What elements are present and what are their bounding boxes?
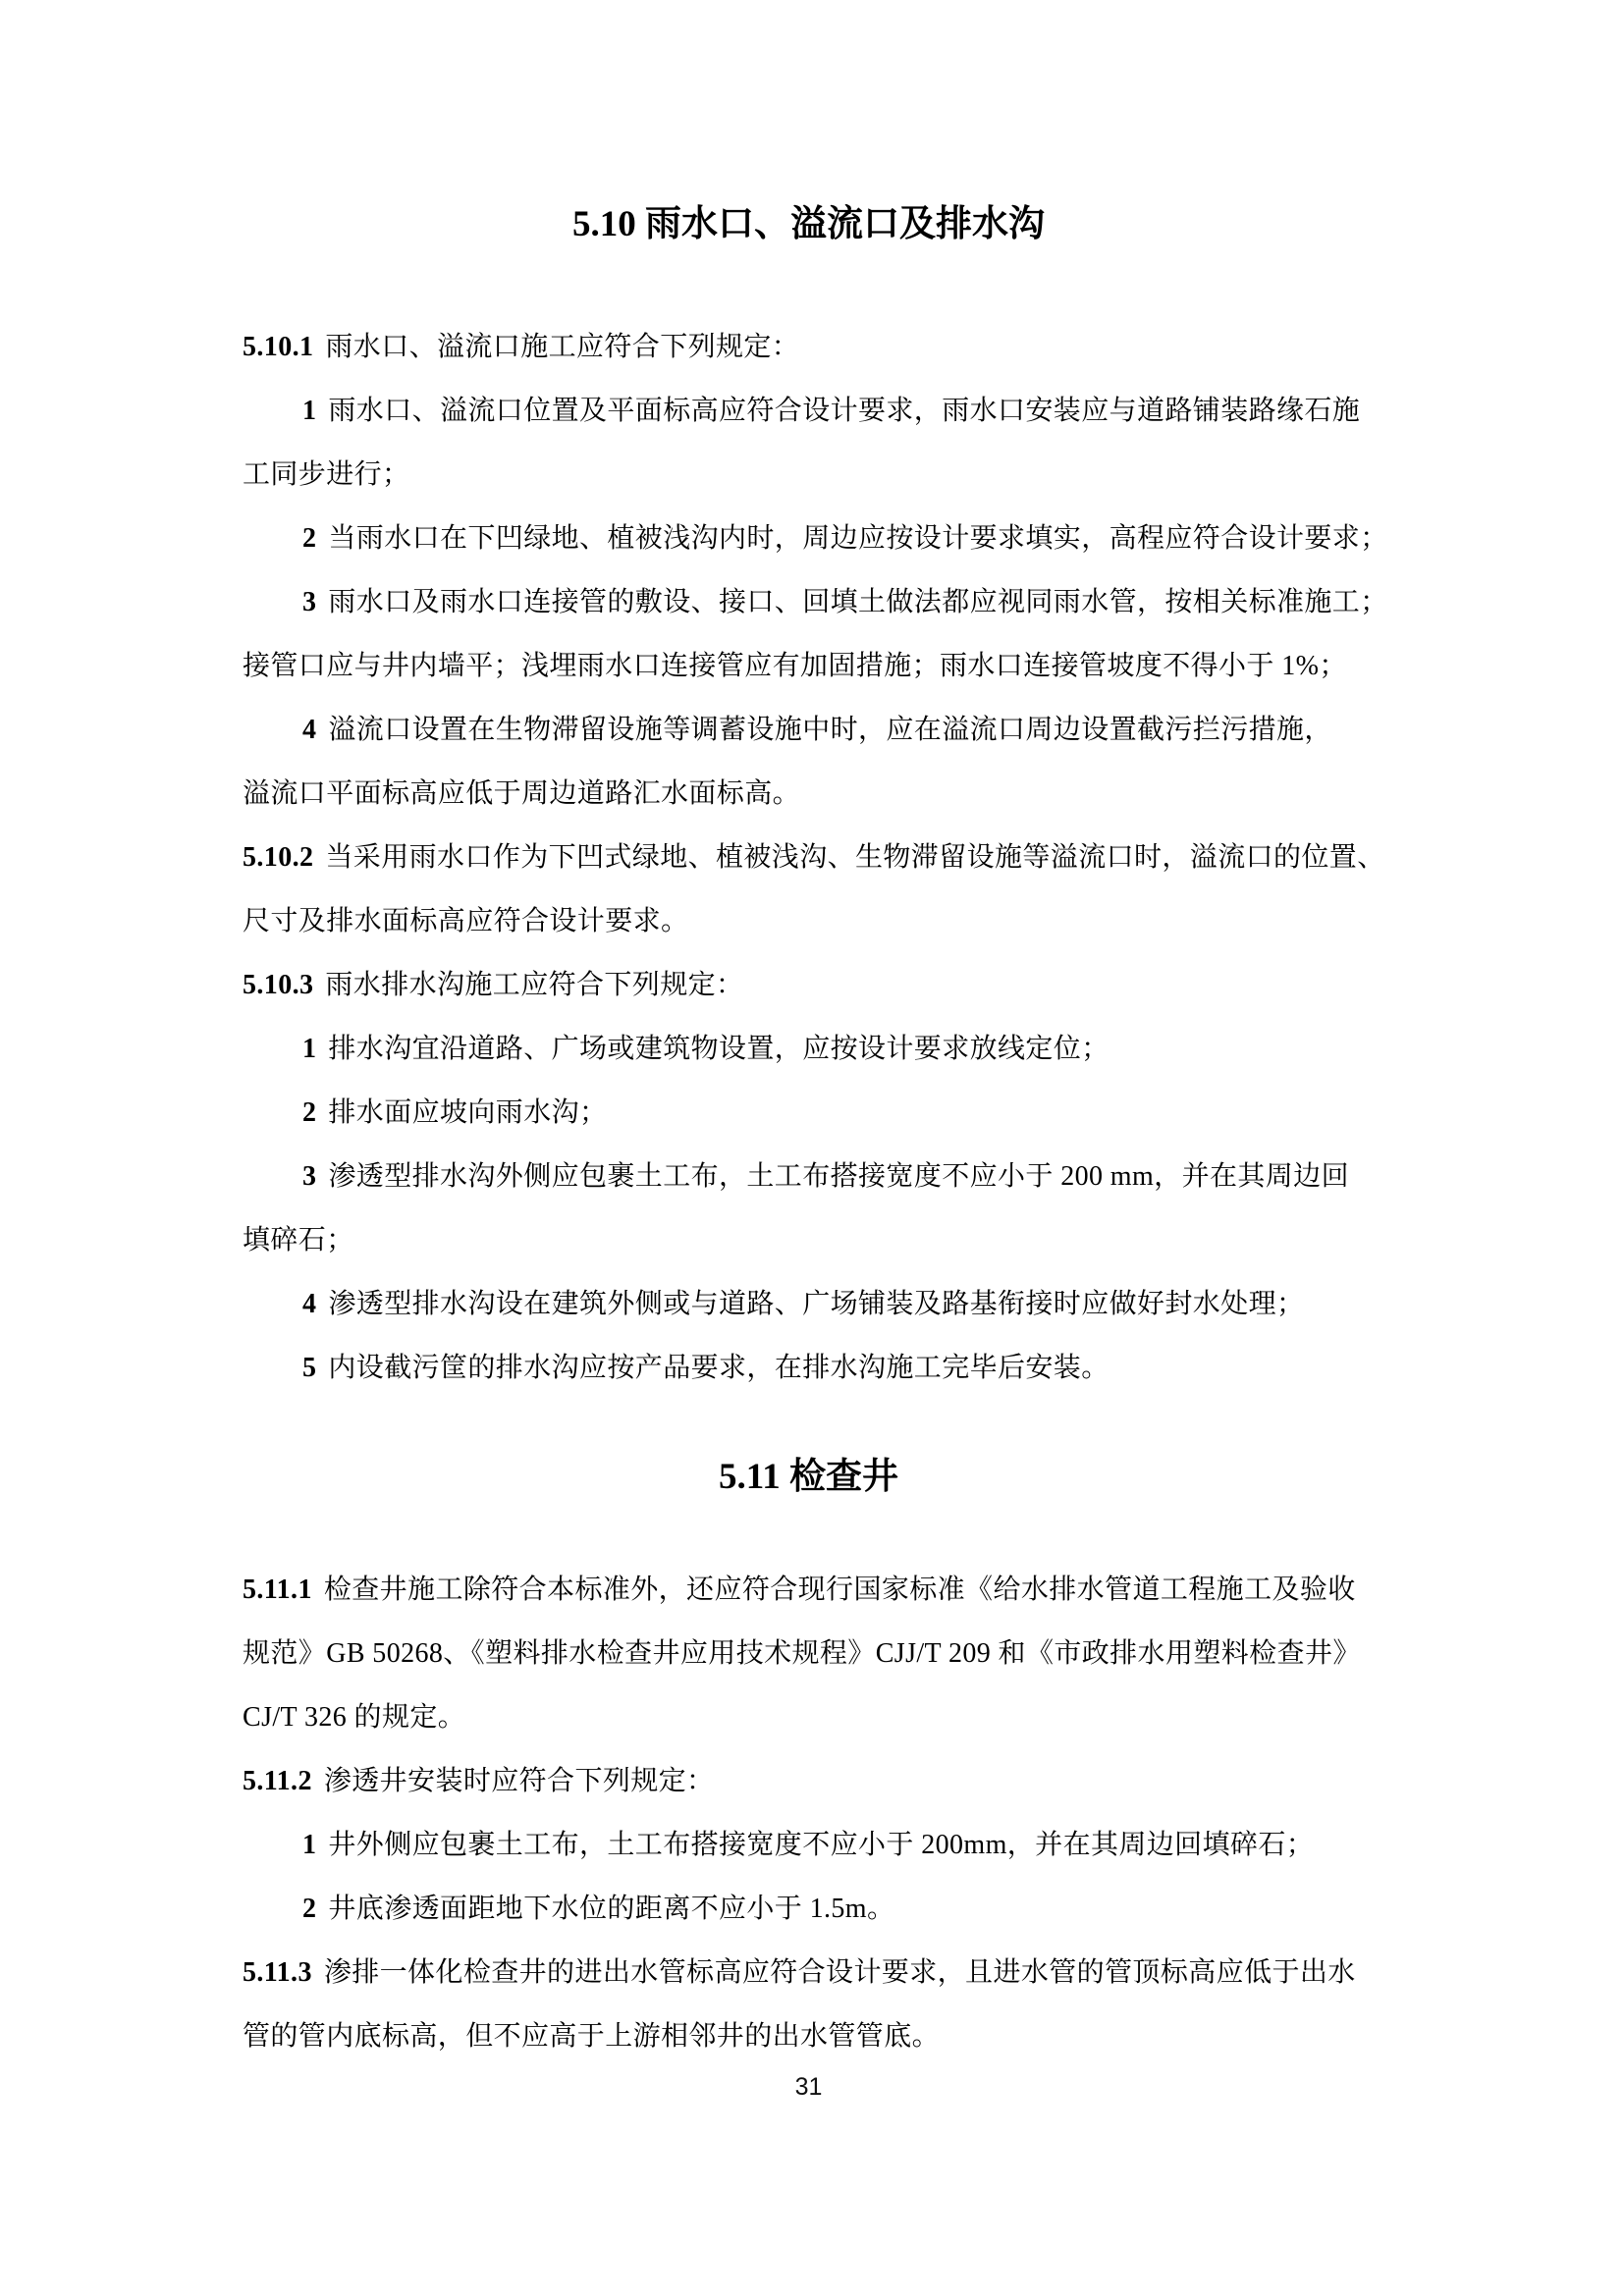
line-text: 排水沟宜沿道路、广场或建筑物设置，应按设计要求放线定位； (328, 1034, 1109, 1064)
line-text: 溢流口设置在生物滞留设施等调蓄设施中时，应在溢流口周边设置截污拦污措施， (328, 715, 1331, 745)
line-text: 渗透井安装时应符合下列规定： (324, 1766, 715, 1796)
line-text: 填碎石； (243, 1225, 354, 1255)
line-text: 渗透型排水沟设在建筑外侧或与道路、广场铺装及路基衔接时应做好封水处理； (328, 1289, 1304, 1319)
paragraph-line: 5.10.1雨水口、溢流口施工应符合下列规定： (243, 315, 1375, 379)
clause-number: 5.10.3 (243, 970, 313, 1000)
paragraph-line: 溢流口平面标高应低于周边道路汇水面标高。 (243, 762, 1375, 826)
clause-number: 5.11.2 (243, 1766, 312, 1796)
item-number: 2 (302, 1097, 316, 1128)
item-number: 4 (302, 715, 316, 745)
line-text: 当采用雨水口作为下凹式绿地、植被浅沟、生物滞留设施等溢流口时，溢流口的位置、 (325, 842, 1384, 873)
item-number: 3 (302, 587, 316, 617)
line-text: 内设截污筐的排水沟应按产品要求，在排水沟施工完毕后安装。 (328, 1353, 1109, 1383)
line-text: 溢流口平面标高应低于周边道路汇水面标高。 (243, 778, 800, 809)
line-text: 排水面应坡向雨水沟； (328, 1097, 607, 1128)
paragraph-line: 规范》GB 50268、《塑料排水检查井应用技术规程》CJJ/T 209 和《市… (243, 1622, 1375, 1685)
paragraph-line: 管的管内底标高，但不应高于上游相邻井的出水管管底。 (243, 2004, 1375, 2068)
line-text: 雨水口、溢流口施工应符合下列规定： (325, 332, 799, 362)
item-number: 1 (302, 1034, 316, 1064)
section-heading-5-10: 5.10 雨水口、溢流口及排水沟 (243, 201, 1375, 248)
paragraph-line: 5.11.1检查井施工除符合本标准外，还应符合现行国家标准《给水排水管道工程施工… (243, 1558, 1375, 1622)
line-text: 接管口应与井内墙平；浅埋雨水口连接管应有加固措施；雨水口连接管坡度不得小于 1%… (243, 651, 1347, 681)
clause-number: 5.11.1 (243, 1575, 312, 1605)
item-number: 1 (302, 1830, 316, 1860)
line-text: 雨水口及雨水口连接管的敷设、接口、回填土做法都应视同雨水管，按相关标准施工； (328, 587, 1387, 617)
page-number: 31 (243, 2072, 1375, 2102)
item-number: 1 (302, 396, 316, 426)
item-number: 5 (302, 1353, 316, 1383)
paragraph-line: 5内设截污筐的排水沟应按产品要求，在排水沟施工完毕后安装。 (243, 1336, 1375, 1400)
line-text: 当雨水口在下凹绿地、植被浅沟内时，周边应按设计要求填实，高程应符合设计要求； (328, 523, 1387, 554)
paragraph-line: 尺寸及排水面标高应符合设计要求。 (243, 889, 1375, 953)
line-text: CJ/T 326 的规定。 (243, 1702, 465, 1733)
line-text: 工同步进行； (243, 459, 409, 490)
paragraph-line: 4渗透型排水沟设在建筑外侧或与道路、广场铺装及路基衔接时应做好封水处理； (243, 1272, 1375, 1336)
paragraph-line: 2排水面应坡向雨水沟； (243, 1081, 1375, 1145)
paragraph-line: 5.11.2渗透井安装时应符合下列规定： (243, 1749, 1375, 1813)
item-number: 4 (302, 1289, 316, 1319)
line-text: 雨水排水沟施工应符合下列规定： (325, 970, 743, 1000)
paragraph-line: 4溢流口设置在生物滞留设施等调蓄设施中时，应在溢流口周边设置截污拦污措施， (243, 698, 1375, 762)
paragraph-line: 2当雨水口在下凹绿地、植被浅沟内时，周边应按设计要求填实，高程应符合设计要求； (243, 507, 1375, 570)
item-number: 2 (302, 523, 316, 554)
paragraph-line: 填碎石； (243, 1208, 1375, 1272)
line-text: 渗排一体化检查井的进出水管标高应符合设计要求，且进水管的管顶标高应低于出水 (324, 1957, 1356, 1988)
line-text: 检查井施工除符合本标准外，还应符合现行国家标准《给水排水管道工程施工及验收 (324, 1575, 1356, 1605)
document-page: 5.10 雨水口、溢流口及排水沟 5.10.1雨水口、溢流口施工应符合下列规定：… (0, 0, 1624, 2296)
clause-number: 5.10.2 (243, 842, 313, 873)
line-text: 规范》GB 50268、《塑料排水检查井应用技术规程》CJJ/T 209 和《市… (243, 1638, 1361, 1669)
paragraph-line: 5.10.3雨水排水沟施工应符合下列规定： (243, 953, 1375, 1017)
line-text: 井底渗透面距地下水位的距离不应小于 1.5m。 (328, 1894, 894, 1924)
paragraph-line: 1排水沟宜沿道路、广场或建筑物设置，应按设计要求放线定位； (243, 1017, 1375, 1081)
paragraph-line: 5.10.2当采用雨水口作为下凹式绿地、植被浅沟、生物滞留设施等溢流口时，溢流口… (243, 826, 1375, 889)
content-area: 5.10 雨水口、溢流口及排水沟 5.10.1雨水口、溢流口施工应符合下列规定：… (243, 201, 1375, 2102)
paragraph-line: 2井底渗透面距地下水位的距离不应小于 1.5m。 (243, 1877, 1375, 1941)
paragraph-line: 接管口应与井内墙平；浅埋雨水口连接管应有加固措施；雨水口连接管坡度不得小于 1%… (243, 634, 1375, 698)
item-number: 2 (302, 1894, 316, 1924)
paragraph-line: 1井外侧应包裹土工布，土工布搭接宽度不应小于 200mm，并在其周边回填碎石； (243, 1813, 1375, 1877)
paragraph-line: CJ/T 326 的规定。 (243, 1685, 1375, 1749)
paragraph-line: 1雨水口、溢流口位置及平面标高应符合设计要求，雨水口安装应与道路铺装路缘石施 (243, 379, 1375, 443)
line-text: 渗透型排水沟外侧应包裹土工布，土工布搭接宽度不应小于 200 mm，并在其周边回 (328, 1161, 1349, 1192)
line-text: 尺寸及排水面标高应符合设计要求。 (243, 906, 688, 936)
paragraph-line: 3渗透型排水沟外侧应包裹土工布，土工布搭接宽度不应小于 200 mm，并在其周边… (243, 1145, 1375, 1208)
clause-number: 5.10.1 (243, 332, 313, 362)
line-text: 雨水口、溢流口位置及平面标高应符合设计要求，雨水口安装应与道路铺装路缘石施 (328, 396, 1360, 426)
item-number: 3 (302, 1161, 316, 1192)
clause-number: 5.11.3 (243, 1957, 312, 1988)
paragraph-line: 工同步进行； (243, 443, 1375, 507)
line-text: 管的管内底标高，但不应高于上游相邻井的出水管管底。 (243, 2021, 940, 2052)
line-text: 井外侧应包裹土工布，土工布搭接宽度不应小于 200mm，并在其周边回填碎石； (328, 1830, 1314, 1860)
paragraph-line: 3雨水口及雨水口连接管的敷设、接口、回填土做法都应视同雨水管，按相关标准施工； (243, 570, 1375, 634)
section-heading-5-11: 5.11 检查井 (243, 1454, 1375, 1501)
paragraph-line: 5.11.3渗排一体化检查井的进出水管标高应符合设计要求，且进水管的管顶标高应低… (243, 1941, 1375, 2004)
